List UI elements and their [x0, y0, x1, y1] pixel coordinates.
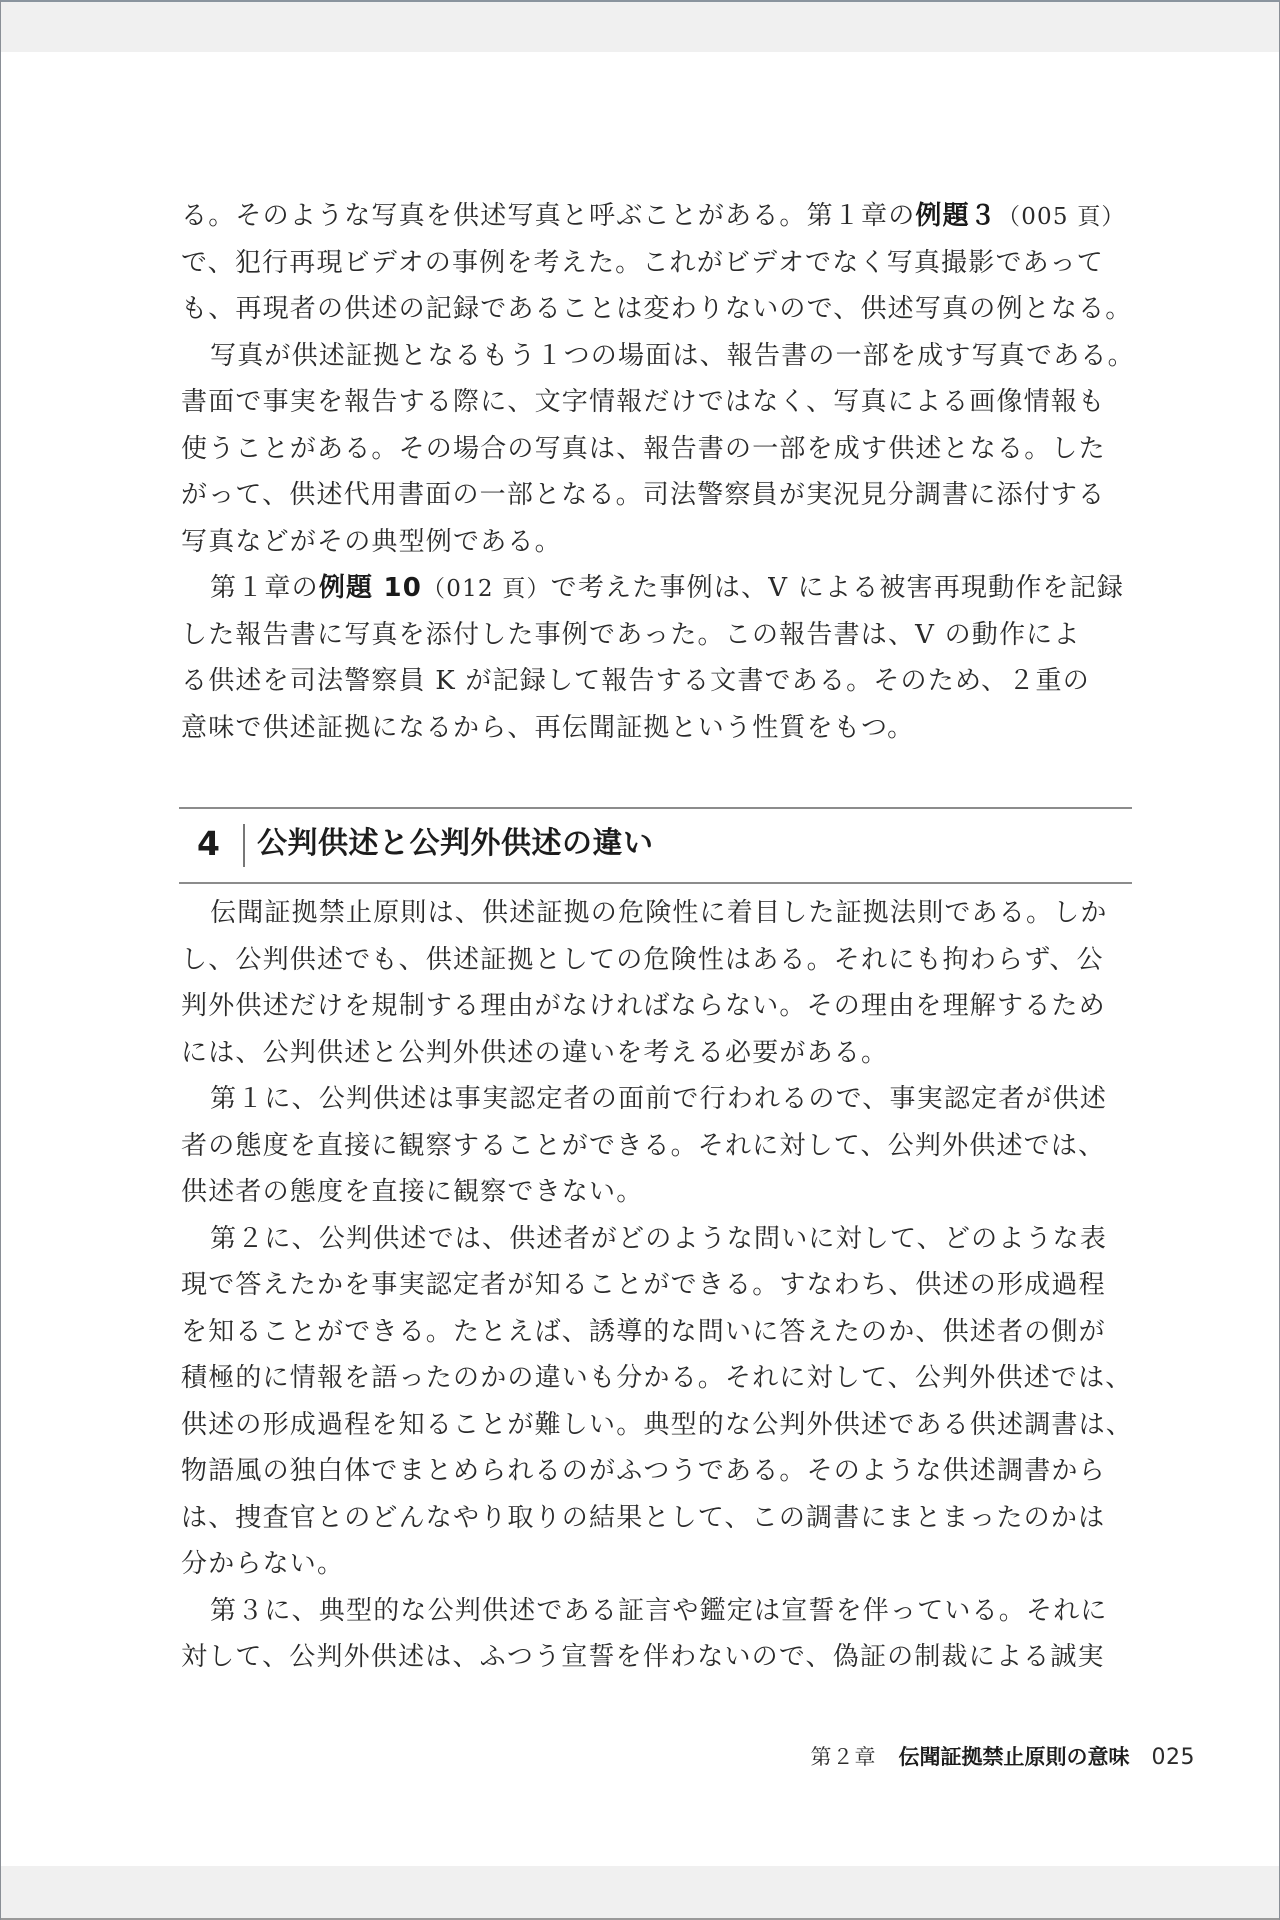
text-line: を知ることができる。たとえば、誘導的な問いに答えたのか、供述者の側が — [181, 1309, 1151, 1356]
text-run: 第１に、公判供述は事実認定者の面前で行われるので、事実認定者が供述 — [210, 1084, 1107, 1114]
text-line: は、捜査官とのどんなやり取りの結果として、この調書にまとまったのかは — [181, 1495, 1151, 1542]
text-line: 供述者の態度を直接に観察できない。 — [181, 1169, 1151, 1216]
text-run: は、捜査官とのどんなやり取りの結果として、この調書にまとまったのかは — [181, 1503, 1105, 1533]
text-line: 対して、公判外供述は、ふつう宣誓を伴わないので、偽証の制裁による誠実 — [181, 1634, 1151, 1681]
text-line: 第３に、典型的な公判供述である証言や鑑定は宣誓を伴っている。それに — [181, 1588, 1151, 1635]
section-divider — [243, 824, 245, 867]
text-line: がって、供述代用書面の一部となる。司法警察員が実況見分調書に添付する — [181, 472, 1151, 519]
text-run: 写真が供述証拠となるもう１つの場面は、報告書の一部を成す写真である。 — [210, 341, 1135, 371]
text-run: 分からない。 — [181, 1549, 344, 1579]
text-run: も、再現者の供述の記録であることは変わりないので、供述写真の例となる。 — [181, 294, 1132, 324]
footer-chapter-title: 伝聞証拠禁止原則の意味 — [899, 1745, 1130, 1769]
text-line: 使うことがある。その場合の写真は、報告書の一部を成す供述となる。した — [181, 426, 1151, 473]
text-run: 第３に、典型的な公判供述である証言や鑑定は宣誓を伴っている。それに — [210, 1596, 1108, 1626]
paragraph: 第２に、公判供述では、供述者がどのような問いに対して、どのような表現で答えたかを… — [181, 1216, 1151, 1588]
text-run: で、犯行再現ビデオの事例を考えた。これがビデオでなく写真撮影であって — [181, 248, 1104, 278]
text-line: る供述を司法警察員 K が記録して報告する文書である。そのため、２重の — [181, 658, 1151, 705]
paragraph: 伝聞証拠禁止原則は、供述証拠の危険性に着目した証拠法則である。しかし、公判供述で… — [181, 890, 1151, 1076]
text-run: 物語風の独白体でまとめられるのがふつうである。そのような供述調書から — [181, 1456, 1106, 1486]
text-run: がって、供述代用書面の一部となる。司法警察員が実況見分調書に添付する — [181, 480, 1105, 510]
text-run: 伝聞証拠禁止原則は、供述証拠の危険性に着目した証拠法則である。しか — [210, 898, 1108, 928]
text-run: 者の態度を直接に観察することができる。それに対して、公判外供述では、 — [181, 1131, 1105, 1161]
text-line: し、公判供述でも、供述証拠としての危険性はある。それにも拘わらず、公 — [181, 937, 1151, 984]
text-run: 供述者の態度を直接に観察できない。 — [181, 1177, 643, 1207]
page-number: 025 — [1152, 1745, 1196, 1770]
text-run: 第２に、公判供述では、供述者がどのような問いに対して、どのような表 — [210, 1224, 1107, 1254]
text-line: で、犯行再現ビデオの事例を考えた。これがビデオでなく写真撮影であって — [181, 240, 1151, 287]
text-run: し、公判供述でも、供述証拠としての危険性はある。それにも拘わらず、公 — [181, 945, 1104, 975]
text-line: 者の態度を直接に観察することができる。それに対して、公判外供述では、 — [181, 1123, 1151, 1170]
text-run: る供述を司法警察員 K が記録して報告する文書である。そのため、２重の — [181, 666, 1090, 696]
text-run: 積極的に情報を語ったのかの違いも分かる。それに対して、公判外供述では、 — [181, 1363, 1132, 1393]
body-text-bottom: 伝聞証拠禁止原則は、供述証拠の危険性に着目した証拠法則である。しかし、公判供述で… — [181, 890, 1151, 1681]
paragraph: 写真が供述証拠となるもう１つの場面は、報告書の一部を成す写真である。書面で事実を… — [181, 333, 1151, 566]
footer-chapter: 第２章 — [811, 1745, 877, 1769]
paragraph: る。そのような写真を供述写真と呼ぶことがある。第１章の例題３（005 頁）で、犯… — [181, 193, 1151, 333]
running-footer: 第２章伝聞証拠禁止原則の意味025 — [811, 1741, 1196, 1773]
book-page: る。そのような写真を供述写真と呼ぶことがある。第１章の例題３（005 頁）で、犯… — [1, 52, 1279, 1866]
text-line: 写真などがその典型例である。 — [181, 519, 1151, 566]
text-line: 第２に、公判供述では、供述者がどのような問いに対して、どのような表 — [181, 1216, 1151, 1263]
text-run: には、公判供述と公判外供述の違いを考える必要がある。 — [181, 1038, 888, 1068]
text-run: した報告書に写真を添付した事例であった。この報告書は、V の動作によ — [181, 620, 1081, 650]
text-run: 使うことがある。その場合の写真は、報告書の一部を成す供述となる。した — [181, 434, 1106, 464]
text-run: を知ることができる。たとえば、誘導的な問いに答えたのか、供述者の側が — [181, 1317, 1106, 1347]
body-text-top: る。そのような写真を供述写真と呼ぶことがある。第１章の例題３（005 頁）で、犯… — [181, 193, 1151, 751]
section-title: 公判供述と公判外供述の違い — [257, 822, 654, 866]
text-line: した報告書に写真を添付した事例であった。この報告書は、V の動作によ — [181, 612, 1151, 659]
page-reference: （012 頁） — [422, 576, 551, 602]
viewer-bottom-margin — [1, 1866, 1279, 1920]
text-line: 書面で事実を報告する際に、文字情報だけではなく、写真による画像情報も — [181, 379, 1151, 426]
example-reference: 例題 10 — [319, 573, 422, 603]
text-line: 意味で供述証拠になるから、再伝聞証拠という性質をもつ。 — [181, 705, 1151, 752]
text-run: 意味で供述証拠になるから、再伝聞証拠という性質をもつ。 — [181, 713, 914, 743]
text-line: る。そのような写真を供述写真と呼ぶことがある。第１章の例題３（005 頁） — [181, 193, 1151, 240]
text-line: 積極的に情報を語ったのかの違いも分かる。それに対して、公判外供述では、 — [181, 1355, 1151, 1402]
text-run: で考えた事例は、V による被害再現動作を記録 — [551, 573, 1124, 603]
paragraph: 第３に、典型的な公判供述である証言や鑑定は宣誓を伴っている。それに対して、公判外… — [181, 1588, 1151, 1681]
text-line: 供述の形成過程を知ることが難しい。典型的な公判外供述である供述調書は、 — [181, 1402, 1151, 1449]
section-number: 4 — [197, 822, 220, 866]
text-line: 第１に、公判供述は事実認定者の面前で行われるので、事実認定者が供述 — [181, 1076, 1151, 1123]
text-run: る。そのような写真を供述写真と呼ぶことがある。第１章の — [181, 201, 915, 231]
text-run: 対して、公判外供述は、ふつう宣誓を伴わないので、偽証の制裁による誠実 — [181, 1642, 1105, 1672]
text-line: 分からない。 — [181, 1541, 1151, 1588]
text-run: 書面で事実を報告する際に、文字情報だけではなく、写真による画像情報も — [181, 387, 1105, 417]
text-run: 現で答えたかを事実認定者が知ることができる。すなわち、供述の形成過程 — [181, 1270, 1106, 1300]
paragraph: 第１に、公判供述は事実認定者の面前で行われるので、事実認定者が供述者の態度を直接… — [181, 1076, 1151, 1216]
text-line: 写真が供述証拠となるもう１つの場面は、報告書の一部を成す写真である。 — [181, 333, 1151, 380]
text-run: 写真などがその典型例である。 — [181, 527, 562, 557]
text-line: 第１章の例題 10（012 頁）で考えた事例は、V による被害再現動作を記録 — [181, 565, 1151, 612]
example-reference: 例題３ — [915, 201, 997, 231]
section-heading: 4 公判供述と公判外供述の違い — [179, 807, 1132, 884]
text-run: 判外供述だけを規制する理由がなければならない。その理由を理解するため — [181, 991, 1106, 1021]
text-line: 伝聞証拠禁止原則は、供述証拠の危険性に着目した証拠法則である。しか — [181, 890, 1151, 937]
text-run: 供述の形成過程を知ることが難しい。典型的な公判外供述である供述調書は、 — [181, 1410, 1133, 1440]
text-line: 現で答えたかを事実認定者が知ることができる。すなわち、供述の形成過程 — [181, 1262, 1151, 1309]
text-run: 第１章の — [210, 573, 319, 603]
text-line: も、再現者の供述の記録であることは変わりないので、供述写真の例となる。 — [181, 286, 1151, 333]
page-reference: （005 頁） — [997, 204, 1126, 230]
paragraph: 第１章の例題 10（012 頁）で考えた事例は、V による被害再現動作を記録した… — [181, 565, 1151, 751]
text-line: には、公判供述と公判外供述の違いを考える必要がある。 — [181, 1030, 1151, 1077]
viewer-top-margin — [1, 2, 1279, 52]
text-line: 物語風の独白体でまとめられるのがふつうである。そのような供述調書から — [181, 1448, 1151, 1495]
text-line: 判外供述だけを規制する理由がなければならない。その理由を理解するため — [181, 983, 1151, 1030]
